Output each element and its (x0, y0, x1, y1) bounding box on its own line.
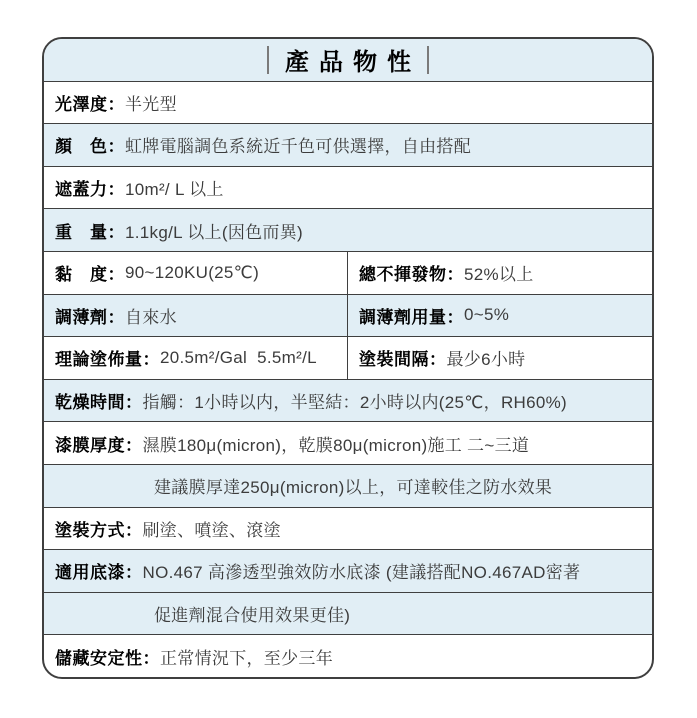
table-row-weight: 重 量：1.1kg/L 以上(因色而異) (44, 208, 652, 251)
row-label: 調薄劑： (55, 303, 125, 328)
row-label: 漆膜厚度： (55, 431, 143, 456)
table-row-drying-time: 乾燥時間：指觸：1小時以内，半堅結：2小時以内(25℃，RH60%) (44, 379, 652, 422)
row-value: NO.467 高滲透型強效防水底漆 (建議搭配NO.467AD密著 (143, 558, 581, 583)
row-label: 儲藏安定性： (55, 644, 160, 669)
row-value: 0~5% (464, 305, 509, 325)
row-label: 調薄劑用量： (359, 303, 464, 328)
cell-recoat-interval: 塗裝間隔：最少6小時 (348, 337, 652, 379)
row-value: 52%以上 (464, 260, 534, 285)
row-label: 黏 度： (55, 260, 125, 285)
row-label: 理論塗佈量： (55, 345, 160, 370)
row-value: 刷塗、噴塗、滾塗 (143, 516, 281, 541)
row-value: 20.5m²/Gal 5.5m²/L (160, 348, 317, 368)
cell-viscosity: 黏 度：90~120KU(25℃) (44, 252, 348, 294)
row-label: 總不揮發物： (359, 260, 464, 285)
product-properties-table: 產品物性 光澤度：半光型 顏 色：虹牌電腦調色系統近千色可供選擇，自由搭配 遮蓋… (42, 37, 654, 679)
title-bar-right-icon (427, 46, 429, 74)
row-label: 塗裝間隔： (359, 345, 447, 370)
table-row-film-thickness: 漆膜厚度：濕膜180μ(micron)，乾膜80μ(micron)施工 二~三道 (44, 421, 652, 464)
table-row-thinner: 調薄劑：自來水 調薄劑用量：0~5% (44, 294, 652, 337)
cell-spread-rate: 理論塗佈量：20.5m²/Gal 5.5m²/L (44, 337, 348, 379)
row-value: 90~120KU(25℃) (125, 263, 259, 283)
row-value: 最少6小時 (447, 345, 526, 370)
row-label: 光澤度： (55, 90, 125, 115)
table-row-storage-stability: 儲藏安定性：正常情況下，至少三年 (44, 634, 652, 677)
row-value: 虹牌電腦調色系統近千色可供選擇，自由搭配 (125, 132, 471, 157)
table-row-film-thickness-note: 建議膜厚達250μ(micron)以上，可達較佳之防水效果 (44, 464, 652, 507)
row-value: 1.1kg/L 以上(因色而異) (125, 218, 303, 243)
table-row-primer: 適用底漆：NO.467 高滲透型強效防水底漆 (建議搭配NO.467AD密著 (44, 549, 652, 592)
row-label: 乾燥時間： (55, 388, 143, 413)
row-value: 半光型 (125, 90, 177, 115)
row-value: 10m²/ L 以上 (125, 175, 224, 200)
row-label: 重 量： (55, 218, 125, 243)
table-row-viscosity-solids: 黏 度：90~120KU(25℃) 總不揮發物：52%以上 (44, 251, 652, 294)
row-label: 遮蓋力： (55, 175, 125, 200)
row-label: 適用底漆： (55, 558, 143, 583)
table-row-coverage: 遮蓋力：10m²/ L 以上 (44, 166, 652, 209)
row-value: 濕膜180μ(micron)，乾膜80μ(micron)施工 二~三道 (143, 431, 530, 456)
row-value: 自來水 (125, 303, 177, 328)
cell-nonvolatile: 總不揮發物：52%以上 (348, 252, 652, 294)
table-row-spread-interval: 理論塗佈量：20.5m²/Gal 5.5m²/L 塗裝間隔：最少6小時 (44, 336, 652, 379)
title-bar-left-icon (267, 46, 269, 74)
row-value: 促進劑混合使用效果更佳) (154, 601, 350, 626)
table-row-color: 顏 色：虹牌電腦調色系統近千色可供選擇，自由搭配 (44, 123, 652, 166)
row-value: 正常情況下，至少三年 (160, 644, 333, 669)
cell-thinner: 調薄劑：自來水 (44, 295, 348, 337)
row-label: 塗裝方式： (55, 516, 143, 541)
table-row-gloss: 光澤度：半光型 (44, 81, 652, 124)
cell-thinner-amount: 調薄劑用量：0~5% (348, 295, 652, 337)
row-value: 指觸：1小時以内，半堅結：2小時以内(25℃，RH60%) (143, 388, 568, 413)
row-value: 建議膜厚達250μ(micron)以上，可達較佳之防水效果 (154, 473, 552, 498)
page-title: 產品物性 (285, 42, 421, 77)
table-row-primer-note: 促進劑混合使用效果更佳) (44, 592, 652, 635)
row-label: 顏 色： (55, 132, 125, 157)
table-row-application-method: 塗裝方式：刷塗、噴塗、滾塗 (44, 507, 652, 550)
table-header: 產品物性 (44, 39, 652, 81)
